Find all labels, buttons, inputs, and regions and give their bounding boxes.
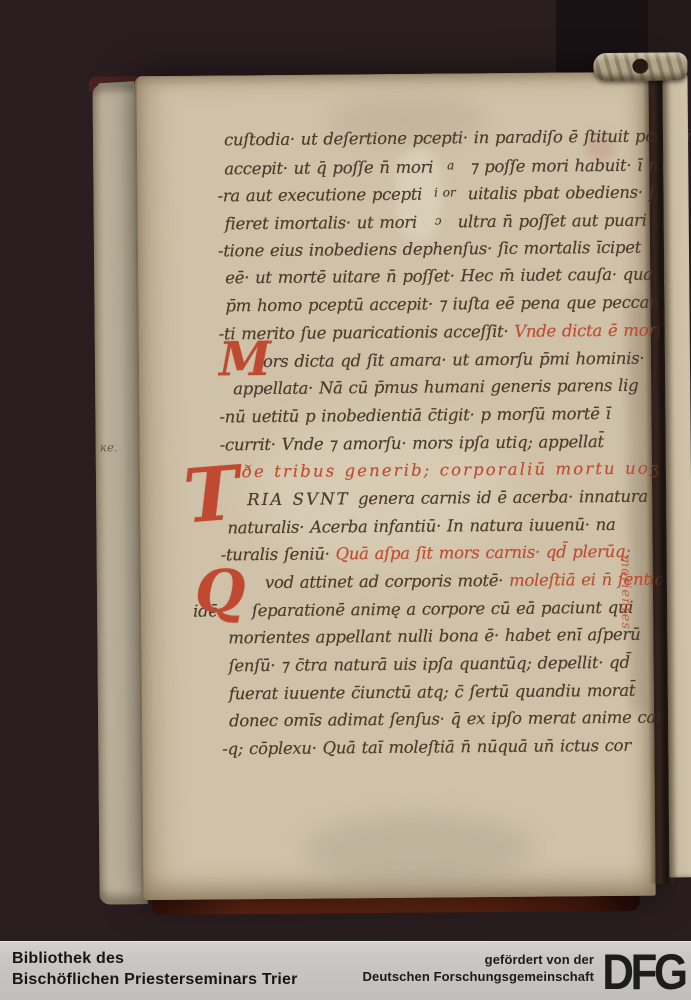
- manuscript-text-segment: morientes appellant nulli bona ē· habet …: [228, 625, 640, 648]
- manuscript-text-segment: -currit· Vnde ⁊ amorſu· mors ipſa utiq; …: [220, 432, 604, 454]
- manuscript-line: accepit· ut q̄ poſſe n̄ moria⁊ poſſe mor…: [137, 150, 651, 182]
- manuscript-text-segment: p̄m homo pceptū accepit· ⁊ iuſta eē pena…: [225, 293, 659, 316]
- manuscript-text-segment: ſenſū· ⁊ c̄tra naturā uis ipſa quantūq; …: [229, 653, 630, 675]
- endband-hole: [632, 59, 648, 74]
- manuscript-text-segment: fieret imortalis· ut mori: [225, 213, 417, 234]
- initial-m: M: [219, 336, 271, 383]
- manuscript-text-segment: naturalis· Acerba infantiū· In natura iu…: [227, 515, 615, 537]
- manuscript-line: -ti merito ſue puaricationis acceſſit· V…: [139, 316, 653, 348]
- manuscript-text-segment: genera carnis id ē acerba· innatura: [358, 487, 648, 509]
- margin-note-right: morientes: [618, 555, 634, 665]
- book-page: cuſtodia· ut deſertione pcepti· in parad…: [134, 72, 655, 900]
- manuscript-text-segment: -nū uetitū p inobedientiā c̄tigit· p mor…: [219, 404, 610, 426]
- manuscript-line: -q; cōplexu· Quā taī moleſtiā n̄ nūquā u…: [142, 732, 656, 764]
- manuscript-line: p̄m homo pceptū accepit· ⁊ iuſta eē pena…: [138, 289, 652, 321]
- manuscript-line: fuerat iuuente c̄iunctū atq; c̄ ſertū qu…: [142, 676, 656, 708]
- manuscript-line: morientes appellant nulli bona ē· habet …: [141, 621, 655, 653]
- funding-caption-line1: gefördert von der: [363, 952, 594, 969]
- dfg-logo: DFG: [603, 944, 685, 1000]
- manuscript-text-segment: ultra n̄ poſſet aut puari: [458, 211, 647, 232]
- manuscript-text-segment: vod attinet ad corporis motē·: [265, 571, 509, 592]
- manuscript-text-segment: donec omīs adimat ſenſus· q̄ ex ipſo mer…: [229, 708, 679, 731]
- manuscript-text-segment: fuerat iuuente c̄iunctū atq; c̄ ſertū qu…: [229, 681, 636, 704]
- manuscript-text-segment: RIA SVNT: [247, 489, 358, 509]
- manuscript-text-segment: uitalis pbat obediens· ſic: [468, 183, 669, 204]
- rubric-text: Vnde dicta ē morſ: [514, 320, 662, 340]
- manuscript-text-segment: ors dicta qd ſit amara· ut amorſu p̄mi h…: [263, 348, 644, 370]
- funding-caption-line2: Deutschen Forschungsgemeinschaft: [363, 969, 594, 986]
- funding-caption: gefördert von der Deutschen Forschungsge…: [363, 952, 594, 985]
- manuscript-text-segment: -q; cōplexu· Quā taī moleſtiā n̄ nūquā u…: [222, 736, 631, 759]
- manuscript-text-segment: i or: [434, 186, 456, 200]
- library-caption-line1: Bibliothek des: [12, 949, 298, 970]
- manuscript-line: -tione eius inobediens dephenſus· ſic mo…: [138, 233, 652, 265]
- manuscript-line: -ra aut executione pceptii oruitalis pba…: [137, 178, 651, 210]
- manuscript-text-segment: eē· ut mortē uitare n̄ poſſet· Hec m̄ iu…: [225, 265, 653, 288]
- library-caption: Bibliothek des Bischöflichen Priestersem…: [12, 949, 298, 990]
- manuscript-line: cuſtodia· ut deſertione pcepti· in parad…: [137, 123, 651, 155]
- manuscript-text-segment: appellata· Nā cū p̄mus humani generis pa…: [233, 376, 638, 399]
- book: cuſtodia· ut deſertione pcepti· in parad…: [0, 0, 691, 1000]
- rubric-text: ðe tribus generib; corporaliū mortu uoʒ·: [242, 459, 669, 482]
- manuscript-line: eē· ut mortē uitare n̄ poſſet· Hec m̄ iu…: [138, 261, 652, 293]
- manuscript-line: donec omīs adimat ſenſus· q̄ ex ipſo mer…: [142, 704, 656, 736]
- library-caption-line2: Bischöflichen Priesterseminars Trier: [12, 970, 298, 991]
- manuscript-line: -nū uetitū p inobedientiā c̄tigit· p mor…: [139, 399, 653, 431]
- initial-t: T: [181, 456, 242, 534]
- manuscript-text-segment: ſeparationē animę a corpore cū eā paciun…: [252, 597, 634, 619]
- manuscript-text-segment: -tione eius inobediens dephenſus· ſic mo…: [218, 237, 641, 260]
- caption-bar: Bibliothek des Bischöflichen Priestersem…: [0, 941, 691, 1000]
- manuscript-line: ſenſū· ⁊ c̄tra naturā uis ipſa quantūq; …: [142, 649, 656, 681]
- manuscript-text-segment: accepit· ut q̄ poſſe n̄ mori: [224, 157, 433, 178]
- parchment-stain: [303, 814, 534, 886]
- manuscript-text-segment: a: [447, 158, 454, 172]
- manuscript-text: cuſtodia· ut deſertione pcepti· in parad…: [137, 123, 657, 764]
- manuscript-line: ors dicta qd ſit amara· ut amorſu p̄mi h…: [139, 344, 653, 376]
- manuscript-text-segment: -ra aut executione pcepti: [217, 185, 422, 206]
- manuscript-text-segment: cuſtodia· ut deſertione pcepti· in parad…: [224, 126, 691, 149]
- manuscript-line: fieret imortalis· ut moriɔultra n̄ poſſe…: [138, 206, 652, 238]
- manuscript-line: appellata· Nā cū p̄mus humani generis pa…: [139, 372, 653, 404]
- manuscript-text-segment: ɔ: [435, 214, 442, 228]
- margin-note-left: ĸe.: [100, 440, 118, 454]
- rubric-text: Quā aſpa ſit mors carnis· qd̄ plerūq;: [335, 542, 630, 564]
- initial-q: Q: [195, 562, 246, 620]
- manuscript-scan: cuſtodia· ut deſertione pcepti· in parad…: [0, 0, 691, 1000]
